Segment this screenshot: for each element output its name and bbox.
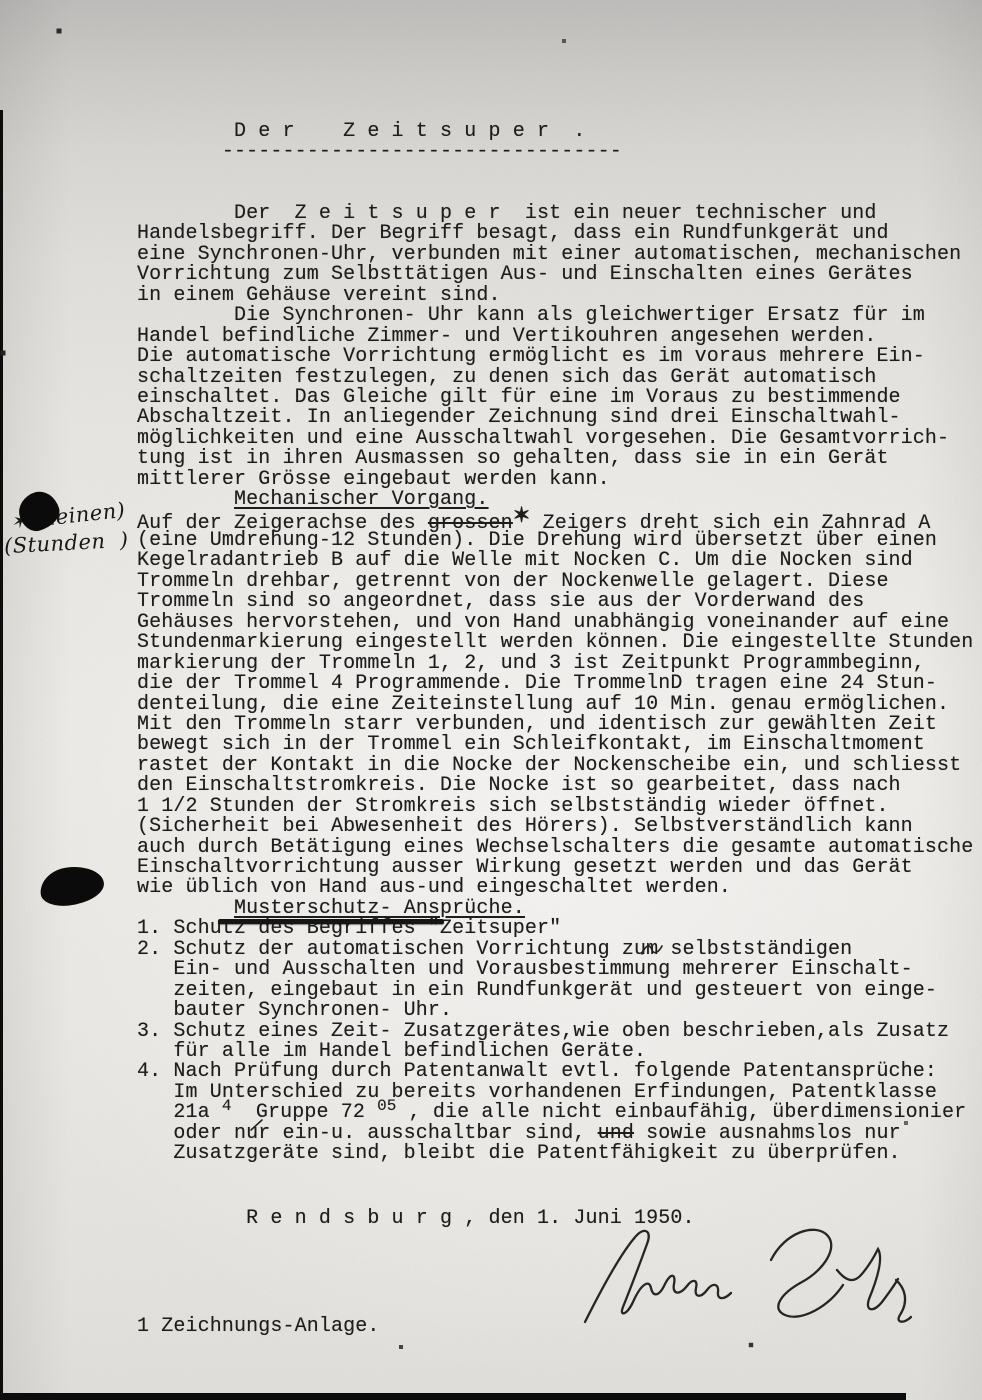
text-line: Kegelradantrieb B auf die Welle mit Nock…	[137, 551, 982, 571]
handwritten-caret-mark	[640, 942, 664, 956]
text-line: auch durch Betätigung eines Wechselschal…	[137, 838, 982, 858]
text-line: ---------------------------------	[137, 142, 982, 162]
text-line: tung ist in ihren Ausmassen so gehalten,…	[137, 449, 982, 469]
text-line: Im Unterschied zu bereits vorhandenen Er…	[137, 1083, 982, 1103]
text-segment: 1 Zeichnungs-Anlage.	[137, 1315, 379, 1338]
text-line: Handel befindliche Zimmer- und Vertikouh…	[137, 327, 982, 347]
text-line: 3. Schutz eines Zeit- Zusatzgerätes,wie …	[137, 1022, 982, 1042]
text-line: rastet der Kontakt in die Nocke der Nock…	[137, 756, 982, 776]
ink-blob-bottom	[38, 863, 106, 909]
title-block: D e r Z e i t s u p e r . --------------…	[137, 122, 982, 163]
text-segment-sup: 05	[377, 1097, 396, 1115]
text-line: Mechanischer Vorgang.	[137, 490, 982, 510]
text-line: für alle im Handel befindlichen Geräte.	[137, 1042, 982, 1062]
text-line: möglichkeiten und eine Ausschaltwahl vor…	[137, 429, 982, 449]
text-line: Zusatzgeräte sind, bleibt die Patentfähi…	[137, 1144, 982, 1164]
text-line: denteilung, die eine Zeiteinstellung auf…	[137, 695, 982, 715]
text-line: Ein- und Ausschalten und Vorausbestimmun…	[137, 960, 982, 980]
text-line: Trommeln drehbar, getrennt von der Nocke…	[137, 572, 982, 592]
text-line: schaltzeiten festzulegen, zu denen sich …	[137, 368, 982, 388]
text-line: mittlerer Grösse eingebaut werden kann.	[137, 470, 982, 490]
text-line: Trommeln sind so angeordnet, dass sie au…	[137, 592, 982, 612]
text-line: Abschaltzeit. In anliegender Zeichnung s…	[137, 408, 982, 428]
text-line: Die automatische Vorrichtung ermöglicht …	[137, 347, 982, 367]
body-block: Der Z e i t s u p e r ist ein neuer tech…	[137, 204, 982, 1165]
text-line: Musterschutz- Ansprüche.	[137, 899, 982, 919]
text-line: bewegt sich in der Trommel ein Schleifko…	[137, 735, 982, 755]
margin-annotation-stunden: (Stunden )	[3, 528, 129, 558]
text-line: Die Synchronen- Uhr kann als gleichwerti…	[137, 306, 982, 326]
text-segment: Zusatzgeräte sind, bleibt die Patentfähi…	[137, 1142, 901, 1165]
text-line: Mit den Trommeln starr verbunden, und id…	[137, 715, 982, 735]
heading-underline-smudge	[218, 919, 444, 924]
text-line: 2. Schutz der automatischen Vorrichtung …	[137, 940, 982, 960]
text-segment-underline: Mechanischer Vorgang.	[234, 488, 489, 511]
text-line: 4. Nach Prüfung durch Patentanwalt evtl.…	[137, 1062, 982, 1082]
scanned-document: { "document": { "blocks": [ { "name": "t…	[0, 0, 982, 1400]
text-line: die der Trommel 4 Programmende. Die Trom…	[137, 674, 982, 694]
paper-specks	[0, 0, 2, 2]
text-line: Stundenmarkierung eingestellt werden kön…	[137, 633, 982, 653]
text-line: Vorrichtung zum Selbsttätigen Aus- und E…	[137, 265, 982, 285]
text-segment	[137, 488, 234, 511]
text-segment-sup: 4	[222, 1097, 232, 1115]
text-line: Einschaltvorrichtung ausser Wirkung gese…	[137, 858, 982, 878]
text-line: (eine Umdrehung-12 Stunden). Die Drehung…	[137, 531, 982, 551]
text-line: D e r Z e i t s u p e r .	[137, 122, 982, 142]
scan-edge-left	[0, 110, 3, 1400]
handwritten-stroke-mark	[248, 1118, 266, 1132]
text-line: in einem Gehäuse vereint sind.	[137, 286, 982, 306]
text-line: markierung der Trommeln 1, 2, und 3 ist …	[137, 654, 982, 674]
text-line: (Sicherheit bei Abwesenheit des Hörers).…	[137, 817, 982, 837]
text-line: Gehäuses hervorstehen, und von Hand unab…	[137, 613, 982, 633]
text-line: Handelsbegriff. Der Begriff besagt, dass…	[137, 224, 982, 244]
text-line: eine Synchronen-Uhr, verbunden mit einer…	[137, 245, 982, 265]
text-line: Der Z e i t s u p e r ist ein neuer tech…	[137, 204, 982, 224]
text-line: den Einschaltstromkreis. Die Nocke ist s…	[137, 776, 982, 796]
text-line: einschaltet. Das Gleiche gilt für eine i…	[137, 388, 982, 408]
text-segment: ---------------------------------	[137, 140, 622, 163]
scan-edge-bottom	[0, 1393, 906, 1400]
text-segment-mark: ✶	[513, 502, 531, 527]
text-line: zeiten, eingebaut in ein Rundfunkgerät u…	[137, 981, 982, 1001]
text-line: 1 1/2 Stunden der Stromkreis sich selbst…	[137, 797, 982, 817]
text-line: wie üblich von Hand aus-und eingeschalte…	[137, 878, 982, 898]
text-line: Auf der Zeigerachse des grossen✶ Zeigers…	[137, 511, 982, 531]
signature	[575, 1222, 920, 1330]
text-line: bauter Synchronen- Uhr.	[137, 1001, 982, 1021]
